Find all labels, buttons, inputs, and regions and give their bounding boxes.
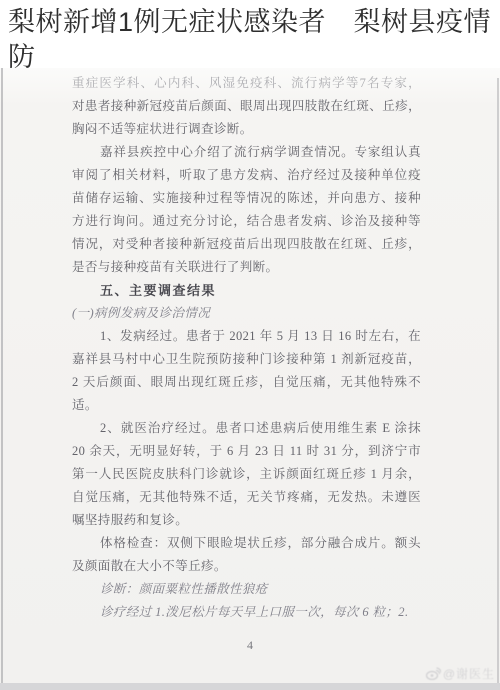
document-line: 及颜面散在大小不等丘疹。 — [72, 555, 421, 578]
document-line: 审阅了相关材料，听取了患方发病、治疗经过及接种单位疫 — [72, 164, 421, 187]
document-subheading: (一)病例发病及诊治情况 — [72, 302, 421, 325]
watermark-handle: @谢医生 — [443, 665, 495, 682]
document-line: 方进行询问。通过充分讨论，结合患者发病、诊治及接种等 — [72, 210, 421, 233]
page-number: 4 — [0, 638, 500, 653]
photo-right-edge — [497, 78, 499, 690]
weibo-watermark: @谢医生 — [426, 665, 495, 682]
document-line: 嘉祥县疾控中心介绍了流行病学调查情况。专家组认真 — [72, 141, 421, 164]
document-line: 是否与接种疫苗有关联进行了判断。 — [72, 256, 421, 279]
document-line: 苗储存运输、实施接种过程等情况的陈述，并向患方、接种 — [72, 187, 421, 210]
document-line: 2 天后颜面、眼周出现红斑丘疹，自觉压痛，无其他特殊不 — [72, 371, 421, 394]
document-line: 1、发病经过。患者于 2021 年 5 月 13 日 16 时左右，在 — [72, 325, 421, 348]
document-treatment-line: 诊疗经过 1.泼尼松片每天早上口服一次，每次 6 粒；2. — [72, 601, 421, 624]
document-line: 嘱坚持服药和复诊。 — [72, 509, 421, 532]
weibo-icon — [426, 667, 441, 680]
document-line: 20 余天，无明显好转，于 6 月 23 日 11 时 31 分，到济宁市 — [72, 440, 421, 463]
document-line: 自觉压痛，无其他特殊不适，无关节疼痛，无发热。未遵医 — [72, 486, 421, 509]
document-section-heading: 五、主要调查结果 — [72, 279, 421, 302]
document-line: 情况，对受种者接种新冠疫苗后出现四肢散在红斑、丘疹， — [72, 233, 421, 256]
document-diagnosis-line: 诊断：颜面粟粒性播散性狼疮 — [72, 578, 421, 601]
document-photo: 重症医学科、心内科、风湿免疫科、流行病学等7名专家， 对患者接种新冠疫苗后颜面、… — [0, 68, 500, 690]
document-line: 对患者接种新冠疫苗后颜面、眼周出现四肢散在红斑、丘疹， — [72, 95, 421, 118]
photo-left-edge — [1, 68, 3, 690]
document-line: 适。 — [72, 394, 421, 417]
document-line: 第一人民医院皮肤科门诊就诊，主诉颜面红斑丘疹 1 月余， — [72, 463, 421, 486]
document-line: 体格检查：双侧下眼睑堤状丘疹，部分融合成片。额头 — [72, 532, 421, 555]
document-line: 重症医学科、心内科、风湿免疫科、流行病学等7名专家， — [72, 72, 421, 95]
document-line: 嘉祥县马村中心卫生院预防接种门诊接种第 1 剂新冠疫苗， — [72, 348, 421, 371]
document-text: 重症医学科、心内科、风湿免疫科、流行病学等7名专家， 对患者接种新冠疫苗后颜面、… — [72, 72, 421, 624]
post-title-line-1: 梨树新增1例无症状感染者 梨树县疫情防 — [8, 5, 494, 75]
photo-bottom-edge — [0, 683, 500, 690]
document-line: 2、就医治疗经过。患者口述患病后使用维生素 E 涂抹 — [72, 417, 421, 440]
document-line: 胸闷不适等症状进行调查诊断。 — [72, 118, 421, 141]
